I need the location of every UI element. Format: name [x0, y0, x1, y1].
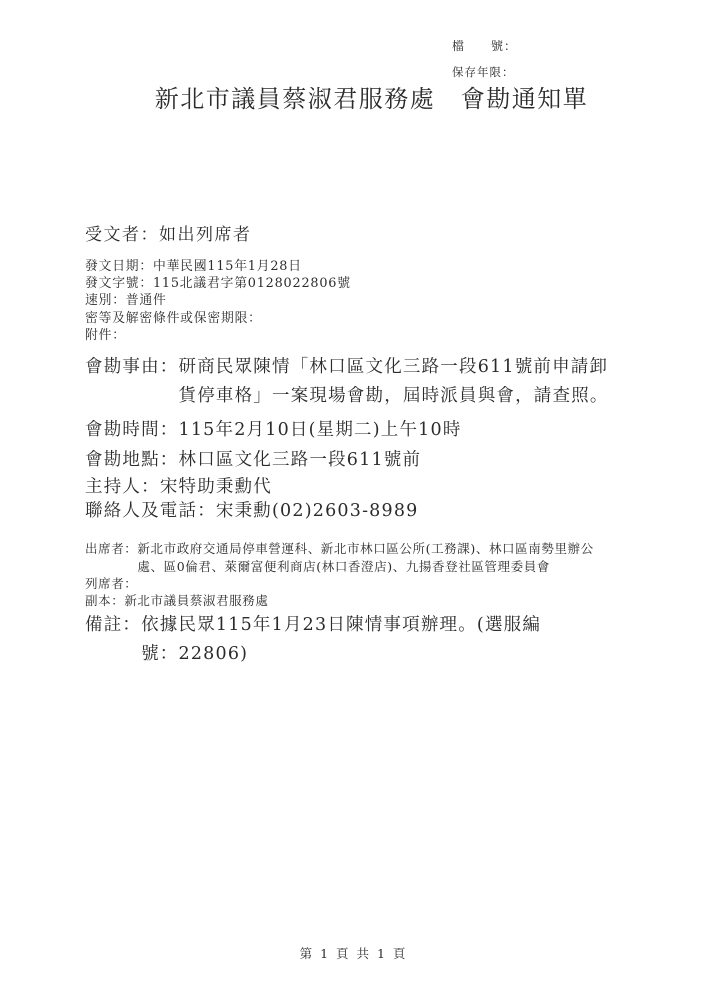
- contact-row: 聯絡人及電話： 宋秉勳(02)2603-8989: [85, 497, 419, 526]
- archive-block: 檔 號： 保存年限：: [452, 33, 517, 85]
- recipient-value: 如出列席者: [159, 225, 252, 245]
- recipient-label: 受文者：: [85, 225, 159, 245]
- speed-class-value: 普通件: [126, 293, 167, 308]
- page-footer: 第 1 頁 共 1 頁: [0, 944, 707, 962]
- remark-row: 備註： 依據民眾115年1月23日陳情事項辦理。(選服編號：22806): [85, 611, 571, 668]
- issue-date-value: 中華民國115年1月28日: [153, 259, 302, 274]
- copy-to-label: 副本：: [85, 592, 124, 610]
- survey-time-row: 會勘時間： 115年2月10日(星期二)上午10時: [85, 416, 462, 445]
- remark-label: 備註：: [85, 611, 141, 640]
- security-class-label: 密等及解密條件或保密期限：: [85, 311, 262, 326]
- security-class-row: 密等及解密條件或保密期限：: [85, 310, 351, 327]
- doc-number-value: 115北議君字第0128022806號: [153, 276, 351, 291]
- attachment-row: 附件：: [85, 327, 351, 344]
- recipient-row: 受文者：如出列席者: [85, 220, 252, 245]
- copy-to-value: 新北市議員蔡淑君服務處: [124, 592, 268, 610]
- survey-subject-value: 研商民眾陳情「林口區文化三路一段611號前申請卸貨停車格」一案現場會勘，屆時派員…: [179, 353, 619, 410]
- attendees-label: 出席者：: [85, 540, 137, 558]
- observers-row: 列席者：: [85, 575, 137, 593]
- survey-subject-label: 會勘事由：: [85, 353, 179, 382]
- attachment-label: 附件：: [85, 328, 126, 343]
- meta-block: 發文日期：中華民國115年1月28日 發文字號：115北議君字第01280228…: [85, 258, 351, 344]
- remark-value: 依據民眾115年1月23日陳情事項辦理。(選服編號：22806): [141, 611, 571, 668]
- attendees-value: 新北市政府交通局停車營運科、新北市林口區公所(工務課)、林口區南勢里辦公處、區0…: [137, 540, 605, 575]
- doc-number-label: 發文字號：: [85, 276, 153, 291]
- observers-label: 列席者：: [85, 575, 137, 593]
- file-number-label: 檔 號：: [452, 33, 517, 59]
- doc-number-row: 發文字號：115北議君字第0128022806號: [85, 275, 351, 292]
- survey-location-value: 林口區文化三路一段611號前: [179, 446, 422, 475]
- survey-location-row: 會勘地點： 林口區文化三路一段611號前: [85, 446, 421, 475]
- survey-subject-row: 會勘事由： 研商民眾陳情「林口區文化三路一段611號前申請卸貨停車格」一案現場會…: [85, 353, 619, 410]
- issue-date-label: 發文日期：: [85, 259, 153, 274]
- speed-class-row: 速別：普通件: [85, 292, 351, 309]
- document-title: 新北市議員蔡淑君服務處 會勘通知單: [0, 79, 707, 114]
- contact-value: 宋秉勳(02)2603-8989: [216, 497, 419, 526]
- contact-label: 聯絡人及電話：: [85, 497, 216, 526]
- attendees-row: 出席者： 新北市政府交通局停車營運科、新北市林口區公所(工務課)、林口區南勢里辦…: [85, 540, 605, 575]
- survey-time-value: 115年2月10日(星期二)上午10時: [179, 416, 462, 445]
- speed-class-label: 速別：: [85, 293, 126, 308]
- survey-location-label: 會勘地點：: [85, 446, 179, 475]
- issue-date-row: 發文日期：中華民國115年1月28日: [85, 258, 351, 275]
- survey-time-label: 會勘時間：: [85, 416, 179, 445]
- scanned-document-page: 檔 號： 保存年限： 新北市議員蔡淑君服務處 會勘通知單 受文者：如出列席者 發…: [0, 0, 707, 1000]
- copy-to-row: 副本： 新北市議員蔡淑君服務處: [85, 592, 268, 610]
